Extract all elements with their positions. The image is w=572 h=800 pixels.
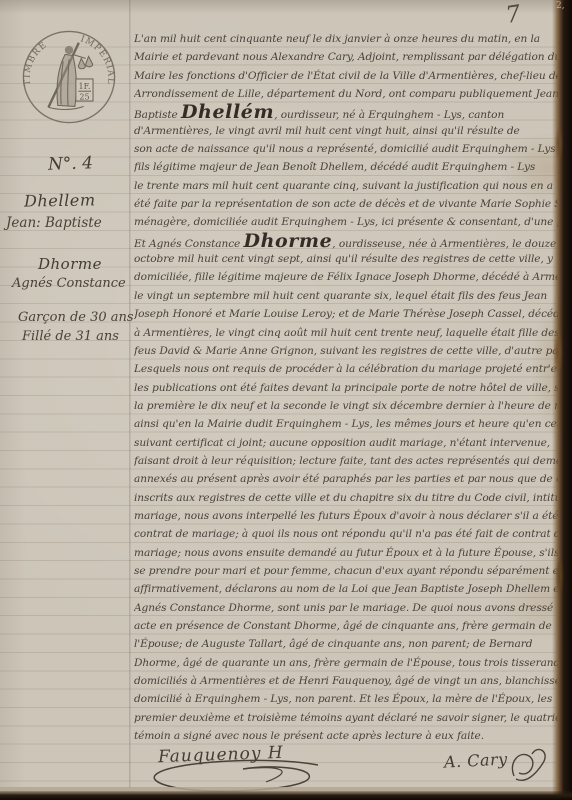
margin-bride-firstnames: Agnés Constance [12,276,126,291]
act-line: faisant droit à leur réquisition; lectur… [134,452,558,470]
act-text-segment: été faite par la représentation de son a… [134,198,558,210]
act-line: premier deuxième et troisième témoins ay… [134,709,558,727]
act-text-segment: Maire les fonctions d'Officier de l'État… [134,70,558,82]
margin-groom-surname: Dhellem [24,190,96,210]
act-line: mariage, nous avons interpellé les futur… [134,507,558,525]
act-line: octobre mil huit cent vingt sept, ainsi … [134,250,558,268]
act-line: son acte de naissance qu'il nous a repré… [134,140,558,158]
act-text-segment: la première le dix neuf et la seconde le… [134,400,558,412]
act-text-segment: domiciliée, fille légitime majeure de Fé… [134,271,558,283]
act-text-segment: Joseph Honoré et Marie Louise Leroy; et … [134,308,558,320]
act-line: se prendre pour mari et pour femme, chac… [134,562,558,580]
act-line: à Armentières, le vingt cinq août mil hu… [134,324,558,342]
act-text-segment: acte en présence de Constant Dhorme, âgé… [134,620,552,632]
party-name: Dhorme [244,232,333,250]
act-text-segment: domiciliés à Armentières et de Henri Fau… [134,675,558,687]
act-text-segment: ainsi qu'en la Mairie dudit Erquinghem -… [134,418,558,430]
page-edge-bottom [0,791,572,800]
act-text-segment: contrat de mariage; à quoi ils nous ont … [134,528,558,540]
act-text-segment: mariage, nous avons interpellé les futur… [134,510,558,522]
act-line: feus David & Marie Anne Grignon, suivant… [134,342,558,360]
act-line: domiciliés à Armentières et de Henri Fau… [134,672,558,690]
act-text-segment: feus David & Marie Anne Grignon, suivant… [134,345,558,357]
act-line: Et Agnés Constance Dhorme, ourdisseuse, … [134,232,558,250]
margin-groom-firstnames: Jean: Baptiste [6,215,102,231]
act-text-segment: L'an mil huit cent cinquante neuf le dix… [134,33,540,45]
act-line: le trente mars mil huit cent quarante ci… [134,177,558,195]
act-text-segment: octobre mil huit cent vingt sept, ainsi … [134,253,553,265]
act-text-segment: Lesquels nous ont requis de procéder à l… [134,363,558,375]
act-text-segment: , ourdisseur, né à Erquinghem - Lys, can… [274,109,504,121]
act-line: acte en présence de Constant Dhorme, âgé… [134,617,558,635]
act-line: Dhorme, âgé de quarante un ans, frère ge… [134,654,558,672]
act-text-segment: le vingt un septembre mil huit cent quar… [134,290,547,302]
act-text-segment: Dhorme, âgé de quarante un ans, frère ge… [134,657,558,669]
act-text-segment: Arrondissement de Lille, département du … [134,88,558,100]
page-number: 7 [504,1,523,29]
act-text-segment: mariage; nous avons ensuite demandé au f… [134,547,558,559]
act-text-segment: d'Armentières, le vingt avril mil huit c… [134,125,520,137]
act-text: L'an mil huit cent cinquante neuf le dix… [134,30,558,745]
act-line: témoin a signé avec nous le présent acte… [134,727,558,745]
act-text-segment: les publications ont été faites devant l… [134,382,558,394]
act-number: N°. 4 [48,153,94,175]
margin-ages-bride: Fillé de 31 ans [22,329,119,344]
act-text-segment: suivant certificat ci joint; aucune oppo… [134,437,550,449]
act-line: le vingt un septembre mil huit cent quar… [134,287,558,305]
act-text-segment: témoin a signé avec nous le présent acte… [134,730,484,742]
act-text-segment: affirmativement, déclarons au nom de la … [134,583,558,595]
act-text-segment: inscrits aux registres de cette ville et… [134,492,558,504]
act-text-segment: se prendre pour mari et pour femme, chac… [134,565,558,577]
act-line: domiciliée, fille légitime majeure de Fé… [134,268,558,286]
margin-rule [129,0,131,788]
act-line: affirmativement, déclarons au nom de la … [134,580,558,598]
act-line: L'an mil huit cent cinquante neuf le dix… [134,30,558,48]
act-text-segment: , ourdisseuse, née à Armentières, le dou… [332,238,556,250]
stamp-value-bottom: 25 [79,92,89,101]
act-line: fils légitime majeur de Jean Benoît Dhel… [134,158,558,176]
act-text-segment: Agnés Constance Dhorme, sont unis par le… [134,602,553,614]
act-text-segment: annexés au présent après avoir été parap… [134,473,558,485]
act-text-segment: l'Épouse; de Auguste Tallart, âgé de cin… [134,638,532,650]
stamp-value-top: 1F. [78,82,90,91]
justice-figure-icon: 1F. 25 [48,43,93,110]
margin-ages-groom: Garçon de 30 ans [18,310,134,325]
act-text-segment: domicilié à Erquinghem - Lys, non parent… [134,693,552,705]
act-line: Maire les fonctions d'Officier de l'État… [134,67,558,85]
act-text-segment: Baptiste [134,109,181,121]
imperial-revenue-stamp-icon: TIMBRE IMPERIAL 1F. 25 [20,28,118,126]
act-text-segment: son acte de naissance qu'il nous a repré… [134,143,556,155]
paper: TIMBRE IMPERIAL 1F. 25 N°. [0,0,572,800]
page-edge-foxing [554,0,564,800]
corner-mark: 2, [556,1,565,11]
act-line: mariage; nous avons ensuite demandé au f… [134,544,558,562]
act-text-segment: faisant droit à leur réquisition; lectur… [134,455,558,467]
act-line: domicilié à Erquinghem - Lys, non parent… [134,690,558,708]
act-text-segment: à Armentières, le vingt cinq août mil hu… [134,327,558,339]
act-line: Mairie et pardevant nous Alexandre Cary,… [134,48,558,66]
act-text-segment: ménagère, domiciliée audit Erquinghem - … [134,216,558,228]
svg-text:TIMBRE: TIMBRE [22,40,49,86]
margin-bride-surname: Dhorme [38,255,102,273]
act-line: Arrondissement de Lille, département du … [134,85,558,103]
act-line: Agnés Constance Dhorme, sont unis par le… [134,599,558,617]
act-line: inscrits aux registres de cette ville et… [134,489,558,507]
act-text-segment: Mairie et pardevant nous Alexandre Cary,… [134,51,558,63]
act-line: ainsi qu'en la Mairie dudit Erquinghem -… [134,415,558,433]
act-text-segment: le trente mars mil huit cent quarante ci… [134,180,553,192]
act-text-segment: Et Agnés Constance [134,238,244,250]
act-line: l'Épouse; de Auguste Tallart, âgé de cin… [134,635,558,653]
act-text-segment: fils légitime majeur de Jean Benoît Dhel… [134,161,535,173]
act-line: la première le dix neuf et la seconde le… [134,397,558,415]
act-line: Lesquels nous ont requis de procéder à l… [134,360,558,378]
act-line: Baptiste Dhellém, ourdisseur, né à Erqui… [134,103,558,121]
stamp-text-timbre: TIMBRE [22,40,49,86]
signature-officer: A. Cary [444,749,509,771]
act-line: ménagère, domiciliée audit Erquinghem - … [134,213,558,231]
act-line: suivant certificat ci joint; aucune oppo… [134,434,558,452]
act-line: contrat de mariage; à quoi ils nous ont … [134,525,558,543]
act-line: les publications ont été faites devant l… [134,379,558,397]
act-line: d'Armentières, le vingt avril mil huit c… [134,122,558,140]
officer-paraph-icon [506,744,552,788]
act-text-segment: premier deuxième et troisième témoins ay… [134,712,558,724]
act-line: été faite par la représentation de son a… [134,195,558,213]
party-name: Dhellém [181,103,274,121]
act-line: annexés au présent après avoir été parap… [134,470,558,488]
scanned-register-page: TIMBRE IMPERIAL 1F. 25 N°. [0,0,572,800]
act-line: Joseph Honoré et Marie Louise Leroy; et … [134,305,558,323]
